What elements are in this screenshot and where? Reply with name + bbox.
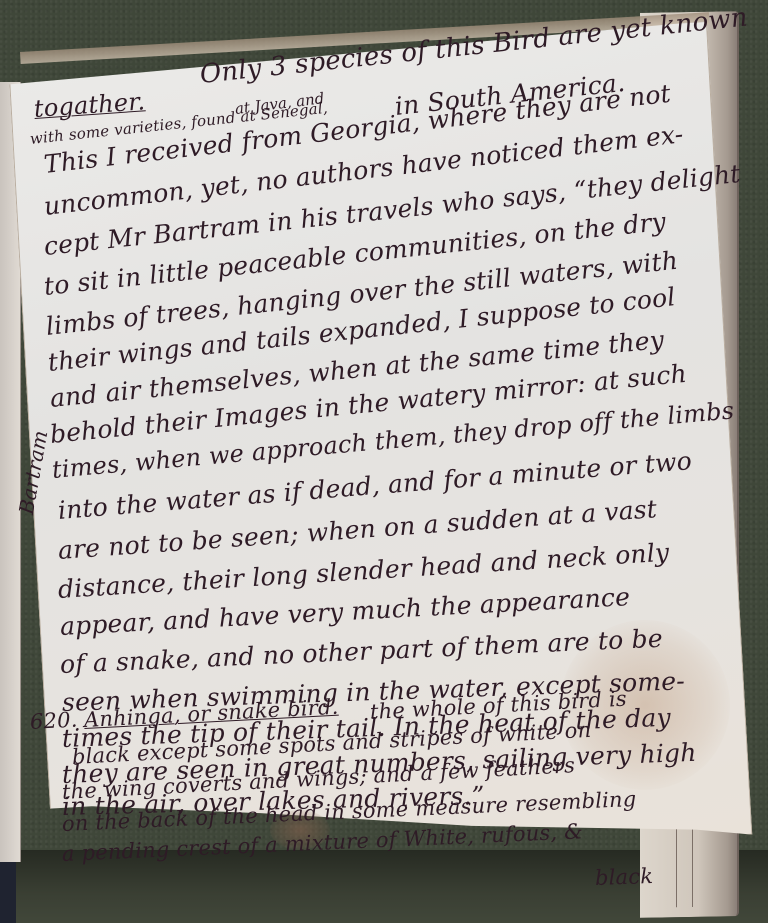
entry-number: 620. [29,708,78,734]
entry-line-6: black [595,864,654,890]
left-dark-strip [0,855,16,923]
